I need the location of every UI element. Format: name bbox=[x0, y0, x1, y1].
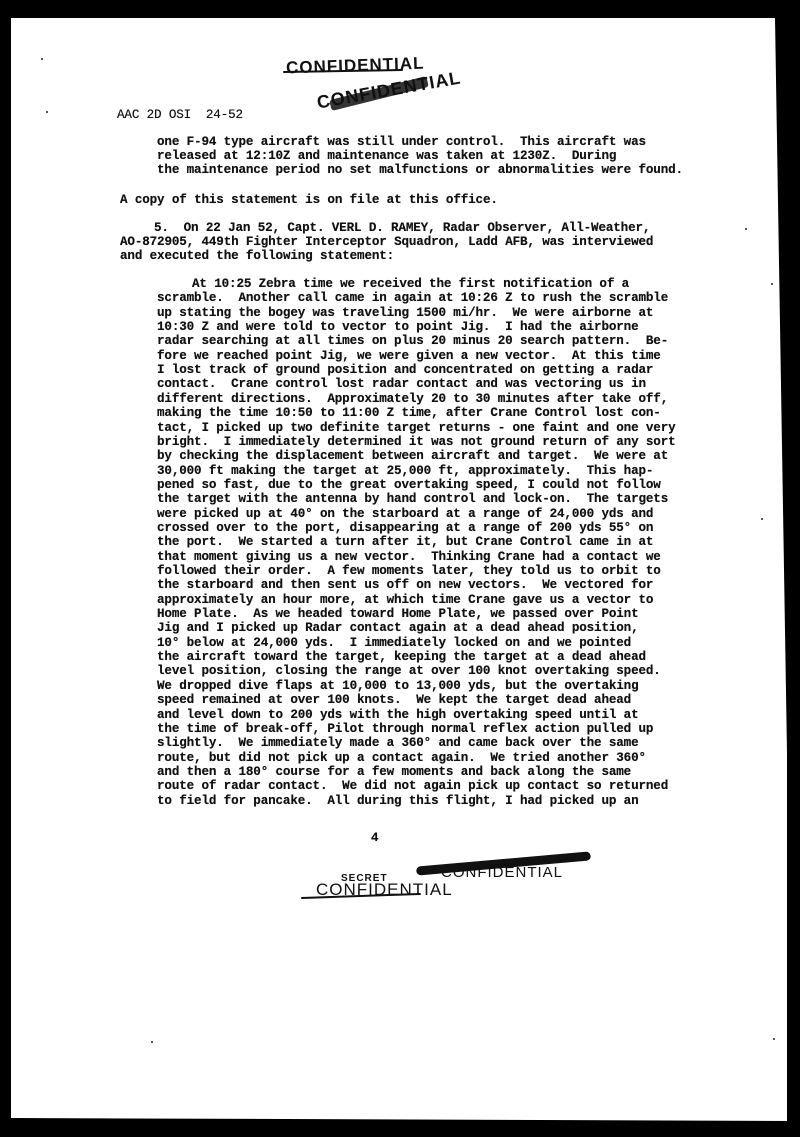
statement-line: tact, I picked up two definite target re… bbox=[157, 421, 676, 435]
file-reference: AAC 2D OSI 24-52 bbox=[117, 108, 243, 122]
scan-speck bbox=[761, 518, 763, 520]
statement-line: followed their order. A few moments late… bbox=[157, 564, 661, 578]
statement-line: fore we reached point Jig, we were given… bbox=[157, 349, 661, 363]
intro-line: the maintenance period no set malfunctio… bbox=[157, 163, 683, 177]
statement-line: different directions. Approximately 20 t… bbox=[157, 392, 668, 406]
statement-line: 10:30 Z and were told to vector to point… bbox=[157, 320, 639, 334]
statement-line: speed remained at over 100 knots. We kep… bbox=[157, 693, 631, 707]
statement-line: route, but did not pick up a contact aga… bbox=[157, 751, 646, 765]
statement-line: Home Plate. As we headed toward Home Pla… bbox=[157, 607, 639, 621]
statement-line: the starboard and then sent us off on ne… bbox=[157, 578, 653, 592]
statement-line: slightly. We immediately made a 360° and… bbox=[157, 736, 639, 750]
statement-line: radar searching at all times on plus 20 … bbox=[157, 334, 668, 348]
intro-line: one F-94 type aircraft was still under c… bbox=[157, 135, 646, 149]
statement-line: the time of break-off, Pilot through nor… bbox=[157, 722, 653, 736]
statement-line: that moment giving us a new vector. Thin… bbox=[157, 550, 661, 564]
statement-line: were picked up at 40° on the starboard a… bbox=[157, 507, 653, 521]
paragraph-5-line: AO-872905, 449th Fighter Interceptor Squ… bbox=[120, 235, 653, 249]
statement-line: We dropped dive flaps at 10,000 to 13,00… bbox=[157, 679, 639, 693]
document-page: CONFIDENTIAL CONFIDENTIAL AAC 2D OSI 24-… bbox=[11, 18, 787, 1121]
top-classification-stamp-struck: CONFIDENTIAL bbox=[286, 54, 425, 79]
statement-line: to field for pancake. All during this fl… bbox=[157, 794, 639, 808]
statement-line: 30,000 ft making the target at 25,000 ft… bbox=[157, 464, 653, 478]
paragraph-5-line: and executed the following statement: bbox=[120, 249, 394, 263]
scan-speck bbox=[151, 1041, 153, 1043]
statement-line: contact. Crane control lost radar contac… bbox=[157, 377, 646, 391]
statement-line: by checking the displacement between air… bbox=[157, 449, 668, 463]
statement-line: making the time 10:50 to 11:00 Z time, a… bbox=[157, 406, 661, 420]
statement-line: scramble. Another call came in again at … bbox=[157, 291, 668, 305]
statement-line: and then a 180° course for a few moments… bbox=[157, 765, 631, 779]
scan-speck bbox=[771, 283, 773, 285]
intro-line: released at 12:10Z and maintenance was t… bbox=[157, 149, 616, 163]
scan-speck bbox=[41, 58, 43, 60]
statement-line: crossed over to the port, disappearing a… bbox=[157, 521, 653, 535]
statement-line: 10° below at 24,000 yds. I immediately l… bbox=[157, 636, 631, 650]
scan-speck bbox=[46, 111, 48, 113]
statement-line: approximately an hour more, at which tim… bbox=[157, 593, 653, 607]
statement-line: level position, closing the range at ove… bbox=[157, 664, 661, 678]
scan-speck bbox=[773, 1038, 775, 1040]
statement-line: At 10:25 Zebra time we received the firs… bbox=[192, 277, 629, 291]
statement-line: the port. We started a turn after it, bu… bbox=[157, 535, 653, 549]
statement-line: the target with the antenna by hand cont… bbox=[157, 492, 668, 506]
statement-line: bright. I immediately determined it was … bbox=[157, 435, 676, 449]
page-number: 4 bbox=[371, 831, 378, 845]
statement-line: I lost track of ground position and conc… bbox=[157, 363, 653, 377]
paragraph-5-line: 5. On 22 Jan 52, Capt. VERL D. RAMEY, Ra… bbox=[154, 221, 650, 235]
bottom-classification-stamp-right: CONFIDENTIAL bbox=[441, 864, 563, 881]
copy-note: A copy of this statement is on file at t… bbox=[120, 193, 498, 207]
statement-line: pened so fast, due to the great overtaki… bbox=[157, 478, 661, 492]
statement-line: the aircraft toward the target, keeping … bbox=[157, 650, 646, 664]
statement-line: and level down to 200 yds with the high … bbox=[157, 708, 639, 722]
scan-speck bbox=[745, 228, 747, 230]
statement-line: Jig and I picked up Radar contact again … bbox=[157, 621, 639, 635]
statement-line: up stating the bogey was traveling 1500 … bbox=[157, 306, 653, 320]
statement-line: route of radar contact. We did not again… bbox=[157, 779, 668, 793]
